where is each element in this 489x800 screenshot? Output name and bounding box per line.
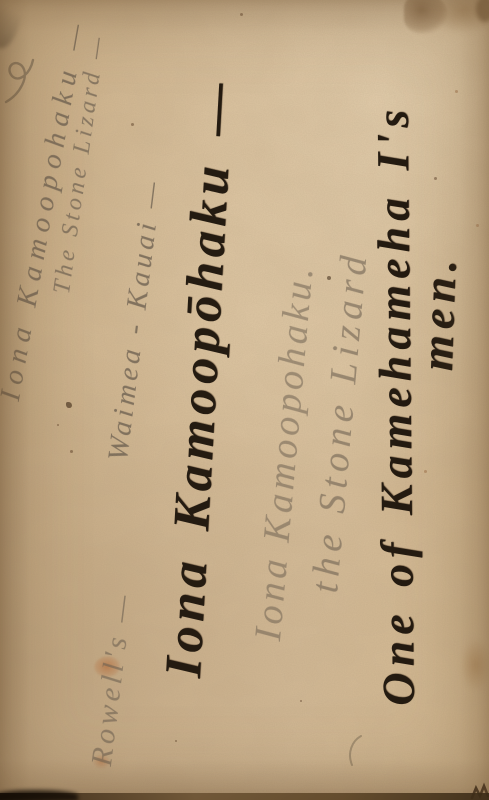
foxing-speck bbox=[66, 402, 72, 408]
ink-inscription-caption-line1: One of Kamehameha I's bbox=[370, 104, 422, 706]
stain-top-right-corner bbox=[428, 0, 489, 34]
corner-smudge-top-left bbox=[0, 0, 27, 51]
foxing-speck bbox=[240, 13, 243, 16]
foxing-speck bbox=[70, 450, 73, 453]
foxing-speck bbox=[300, 700, 302, 702]
pencil-scribble-mark-top-left bbox=[0, 36, 44, 108]
stain-right-edge bbox=[460, 638, 489, 692]
foxing-speck bbox=[424, 470, 427, 473]
pencil-inscription-attribution: Rowell's — bbox=[87, 590, 138, 768]
foxing-speck bbox=[175, 740, 177, 742]
photo-card-back: Iona Kamoopohaku — The Stone Lizard — Wa… bbox=[0, 0, 489, 800]
ink-inscription-name: Iona Kamoopōhaku — bbox=[158, 77, 243, 679]
card-bottom-edge-dark-blob bbox=[0, 790, 78, 800]
foxing-speck bbox=[131, 123, 134, 126]
foxing-speck bbox=[455, 90, 458, 93]
pencil-inscription-location: Waimea - Kauai — bbox=[104, 177, 167, 463]
stain-top-right-edge bbox=[476, 0, 489, 22]
foxing-speck bbox=[57, 424, 59, 426]
foxing-speck bbox=[476, 224, 479, 227]
pencil-scribble-mark-bottom bbox=[344, 733, 370, 767]
ink-blot-stain-top bbox=[404, 0, 448, 34]
ink-inscription-caption-line2: men. bbox=[414, 253, 464, 372]
foxing-speck bbox=[434, 177, 437, 180]
